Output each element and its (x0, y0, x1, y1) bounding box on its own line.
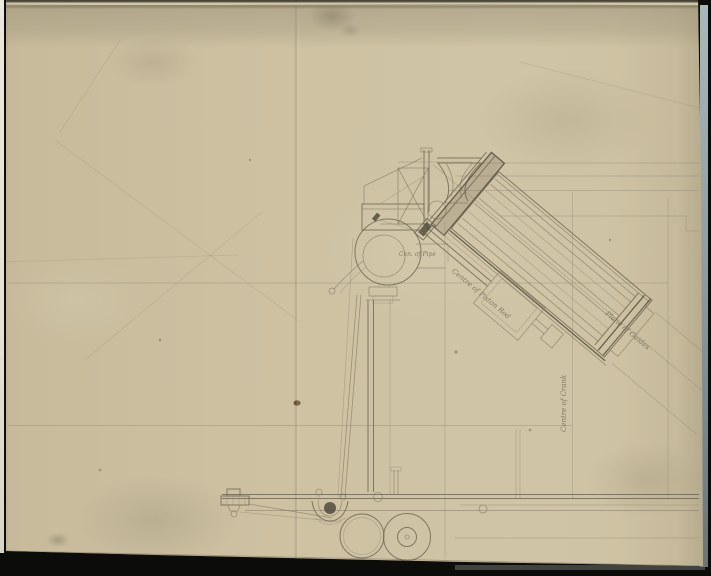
wheel-right (384, 514, 431, 561)
sheet-shadow-strip (455, 565, 705, 570)
cylinder-assembly: Centre of Piston Rod Plane of Guides (381, 129, 711, 474)
wheel-left (340, 514, 384, 558)
carriage-frame (221, 467, 699, 561)
scanned-drawing-sheet: Centre of Piston Rod Plane of Guides (0, 0, 711, 576)
pencil-drawing-svg: Centre of Piston Rod Plane of Guides (0, 0, 711, 576)
paper-sheet: Centre of Piston Rod Plane of Guides (6, 0, 704, 569)
annotation-crank-centre: Centre of Crank (560, 375, 568, 432)
annotation-pipe-centre: Cen. of Pipe (399, 251, 436, 258)
backing-board-edge (0, 0, 4, 553)
construction-lines (8, 163, 699, 559)
